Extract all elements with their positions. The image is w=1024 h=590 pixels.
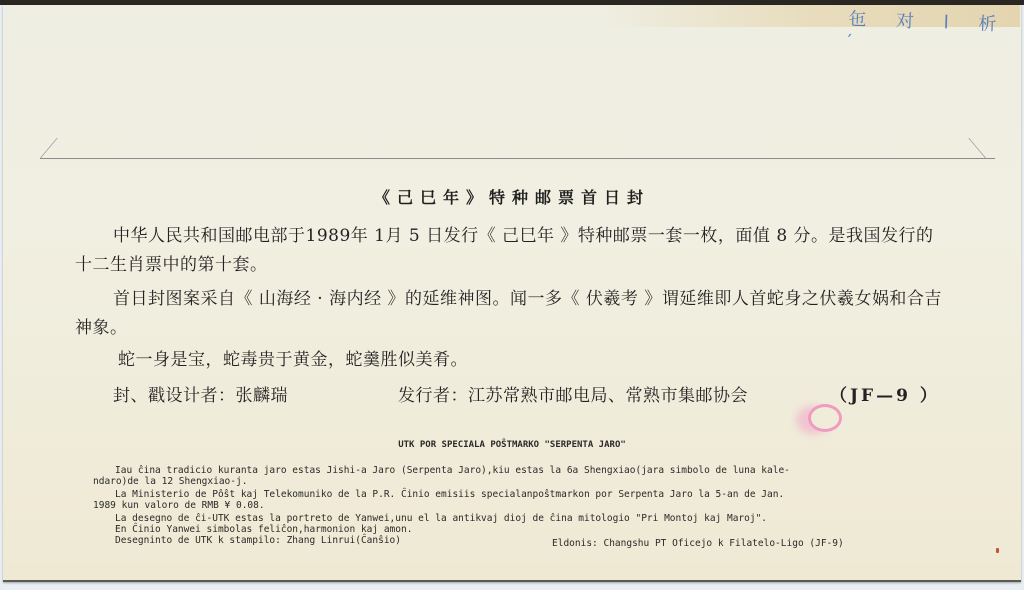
esperanto-line-2: ndaro)de la 12 Shengxiao-j. <box>93 476 247 487</box>
esperanto-title: UTK POR SPECIALA POŜTMARKO "SERPENTA JAR… <box>0 440 1024 451</box>
esperanto-line-1: Iau ĉina tradicio kuranta jaro estas Jis… <box>115 465 790 476</box>
esperanto-publisher: Eldonis: Changshu PT Oficejo k Filatelo-… <box>552 538 844 549</box>
cover-title: 《己巳年》特种邮票首日封 <box>0 185 1024 208</box>
motto-line: 蛇一身是宝，蛇毒贵于黄金，蛇羹胜似美肴。 <box>118 345 468 370</box>
esperanto-line-3: La Ministerio de Pôŝt kaj Telekomuniko d… <box>115 489 784 500</box>
flap-fold-line <box>40 158 995 159</box>
handwritten-note: 㐌 对 l 析 ′ <box>847 5 1024 58</box>
red-speck <box>996 548 999 553</box>
description-paragraph-2: 首日封图案采自《 山海经 · 海内经 》的延维神图。闻一多《 伏羲考 》谓延维即… <box>75 285 945 343</box>
issuer-credit: 发行者：江苏常熟市邮电局、常熟市集邮协会 <box>398 381 748 406</box>
esperanto-line-7: Desegninto de UTK k stampilo: Zhang Linr… <box>115 535 401 546</box>
cover-code: （JF—9 ） <box>830 381 940 406</box>
esperanto-line-6: En Ĉinio Yanwei simbolas feliĉon,harmoni… <box>115 524 412 535</box>
designer-credit: 封、戳设计者：张麟瑞 <box>113 381 288 406</box>
pink-ink-mark <box>808 404 842 432</box>
esperanto-line-5: La desegno de ĉi-UTK estas la portreto d… <box>115 513 767 524</box>
esperanto-line-4: 1989 kun valoro de RMB ¥ 0.08. <box>93 500 265 511</box>
description-paragraph-1: 中华人民共和国邮电部于1989年 1月 5 日发行《 己巳年 》特种邮票一套一枚… <box>75 222 945 280</box>
